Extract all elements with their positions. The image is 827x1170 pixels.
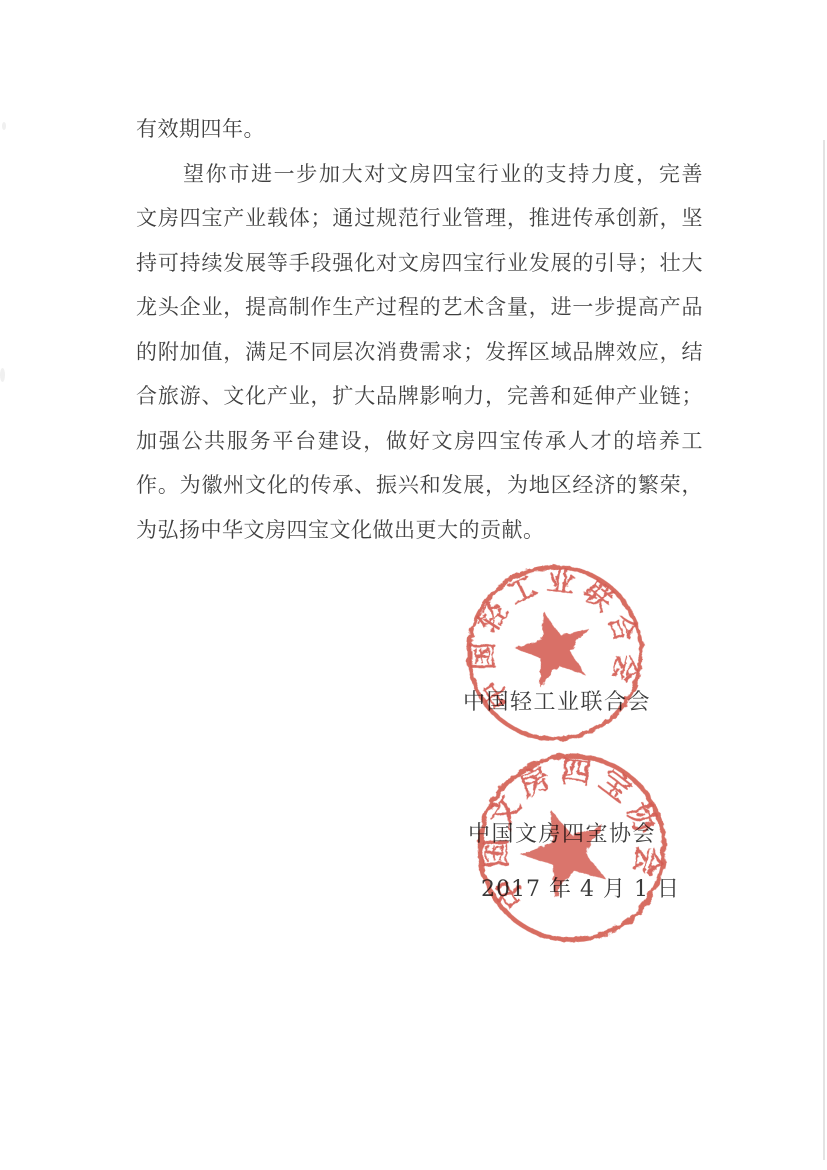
body-line: 文房四宝产业载体；通过规范行业管理，推进传承创新，坚 — [136, 196, 703, 241]
red-seal-four-treasures-association: 中国文房四宝协会 — [474, 750, 670, 946]
body-line: 作。为徽州文化的传承、振兴和发展，为地区经济的繁荣， — [136, 463, 703, 508]
body-line: 有效期四年。 — [136, 107, 703, 152]
body-line: 望你市进一步加大对文房四宝行业的支持力度，完善 — [136, 152, 703, 197]
seal-ring — [460, 558, 650, 748]
scan-edge-artifact — [823, 140, 825, 1160]
scan-smudge — [0, 368, 5, 382]
seal-ring — [474, 750, 670, 946]
scanned-letter-page: 有效期四年。 望你市进一步加大对文房四宝行业的支持力度，完善 文房四宝产业载体；… — [0, 0, 827, 1170]
red-seal-light-industry-council: 中国轻工业联合会 — [460, 558, 650, 748]
body-line: 为弘扬中华文房四宝文化做出更大的贡献。 — [136, 508, 703, 553]
signature-date: 2017 年 4 月 1 日 — [481, 872, 680, 903]
body-line: 持可持续发展等手段强化对文房四宝行业发展的引导；壮大 — [136, 241, 703, 286]
star-icon — [507, 602, 599, 692]
signature-org2: 中国文房四宝协会 — [468, 817, 656, 848]
body-line: 合旅游、文化产业，扩大品牌影响力，完善和延伸产业链； — [136, 374, 703, 419]
signature-org1: 中国轻工业联合会 — [463, 685, 651, 716]
body-line: 加强公共服务平台建设，做好文房四宝传承人才的培养工 — [136, 419, 703, 464]
body-line: 龙头企业，提高制作生产过程的艺术含量，进一步提高产品 — [136, 285, 703, 330]
letter-body: 有效期四年。 望你市进一步加大对文房四宝行业的支持力度，完善 文房四宝产业载体；… — [136, 107, 703, 552]
scan-smudge — [2, 122, 6, 130]
body-line: 的附加值，满足不同层次消费需求；发挥区域品牌效应，结 — [136, 330, 703, 375]
